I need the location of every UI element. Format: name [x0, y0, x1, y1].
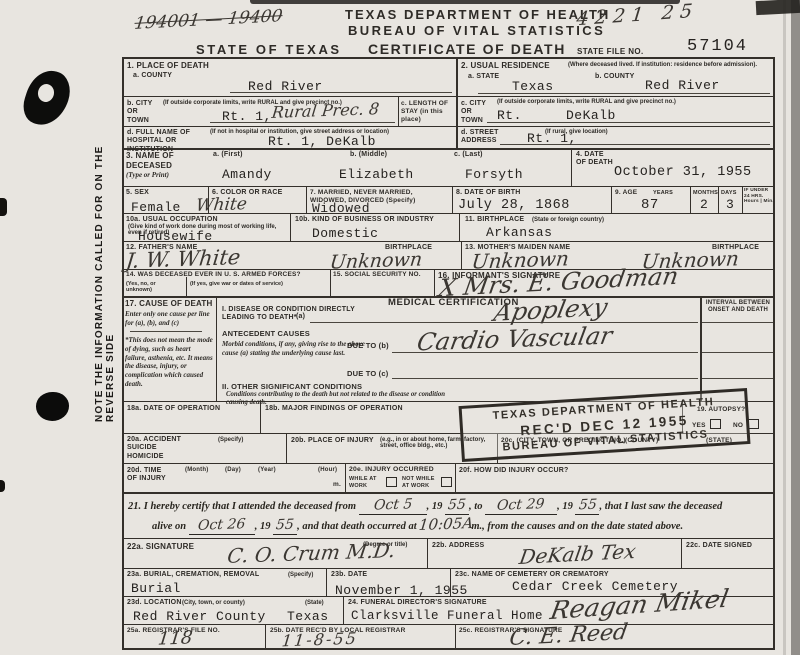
bureau-title: BUREAU OF VITAL STATISTICS [348, 23, 605, 39]
disease-condition-label: I. DISEASE OR CONDITION DIRECTLY LEADING… [222, 306, 362, 323]
grid-line [434, 269, 435, 296]
location-label: 23d. LOCATION [127, 599, 182, 607]
birthplace-note: (State or foreign country) [532, 217, 604, 223]
age-years-label: YEARS [653, 190, 673, 197]
age-days-label: DAYS [721, 190, 737, 197]
grid-line [700, 296, 702, 401]
usual-residence-note: (Where deceased lived. If institution: r… [568, 62, 768, 68]
armed-forces-label: 14. WAS DECEASED EVER IN U. S. ARMED FOR… [126, 271, 326, 279]
age-label: 9. AGE [615, 189, 637, 197]
industry-label: 10b. KIND OF BUSINESS OR INDUSTRY [295, 216, 434, 224]
alive-year-value: 55 [275, 518, 294, 533]
grid-line [122, 57, 775, 59]
burial-label: 23a. BURIAL, CREMATION, REMOVAL [127, 571, 259, 579]
state-file-no-value: 57104 [687, 38, 748, 55]
grid-line [122, 96, 775, 97]
grid-line [461, 241, 462, 269]
attended-from-value: Oct 5 [373, 497, 413, 512]
place-of-injury-note: (e.g., in or about home, farm, factory, … [380, 437, 490, 449]
how-did-injury-occur-label: 20f. HOW DID INJURY OCCUR? [459, 467, 568, 475]
age-months-value: 2 [700, 198, 708, 211]
race-value: White [195, 196, 248, 215]
paper-edge-shadow [783, 0, 786, 655]
year-note: (Year) [258, 467, 276, 474]
middle-name-label: b. (Middle) [350, 151, 387, 159]
location-city-value: Red River County [133, 610, 266, 623]
due-to-b-label: DUE TO (b) [347, 341, 389, 350]
injury-occurred-label: 20e. INJURY OCCURRED [349, 466, 434, 474]
grid-line [216, 296, 217, 401]
name-of-deceased-label: 3. NAME OF DECEASED [126, 151, 196, 170]
armed-forces-note-1: (Yes, no, or unknown) [126, 281, 182, 293]
birthplace-label: 11. BIRTHPLACE [465, 216, 524, 224]
while-at-work-label: WHILE AT WORK [349, 476, 383, 489]
age-years-value: 87 [641, 198, 659, 212]
city-value-script: Rural Prec. 8 [271, 101, 380, 121]
under-24hrs-label: IF UNDER 24 HRS. [744, 188, 774, 200]
grid-line [122, 492, 775, 494]
corner-smudge [756, 0, 800, 15]
last-name-label: c. (Last) [454, 151, 483, 159]
grid-line [122, 538, 775, 539]
ledger-handwriting: 194001 — 19400 [133, 8, 283, 33]
hours-min-label: Hours | Min. [744, 199, 774, 205]
alive-on-value: Oct 26 [197, 517, 246, 533]
certify-line-2: alive on Oct 26, 19 55, and that death o… [152, 517, 683, 535]
last-name-value: Forsyth [465, 168, 523, 181]
grid-line [345, 463, 346, 492]
grid-line [122, 463, 775, 464]
from-year-blank: 55 [445, 498, 469, 515]
interval-label: INTERVAL BETWEEN ONSET AND DEATH [705, 300, 771, 314]
cause-a-value: Apoplexy [492, 295, 610, 325]
alive-on-blank: Oct 26 [189, 518, 255, 535]
divider [130, 331, 202, 332]
cause-a-tag: (a) [296, 313, 305, 321]
certify-text: alive on [152, 521, 186, 532]
residence-county-label: b. COUNTY [595, 73, 635, 81]
grid-line [427, 538, 428, 568]
grid-line [122, 148, 775, 150]
armed-forces-note-2: (If yes, give war or dates of service) [190, 281, 325, 287]
grid-line [398, 96, 399, 126]
first-name-value: Amandy [222, 168, 272, 181]
certify-text: m., from the causes and on the date stat… [471, 521, 683, 532]
operation-date-label: 18a. DATE OF OPERATION [127, 405, 220, 413]
residence-city-note: (If outside corporate limits, write RURA… [497, 99, 747, 105]
funeral-home-typed: Clarksville Funeral Home [351, 610, 543, 623]
grid-line [290, 213, 291, 241]
time-of-injury-label: 20d. TIME OF INJURY [127, 467, 167, 484]
dob-value: July 28, 1868 [458, 199, 570, 213]
father-birthplace-value: Unknown [329, 250, 423, 272]
certify-text: , and that death occurred at [297, 521, 417, 532]
interval-line [702, 322, 773, 323]
grid-line [265, 624, 266, 650]
edge-tick-top [0, 198, 7, 216]
operation-findings-label: 18b. MAJOR FINDINGS OF OPERATION [265, 405, 403, 413]
usual-residence-label: 2. USUAL RESIDENCE [461, 61, 550, 71]
grid-line [306, 186, 307, 213]
certify-text: , 19 [557, 501, 573, 512]
cause-note-2: *This does not mean the mode of dying, s… [125, 336, 213, 389]
age-months-label: MONTHS [693, 190, 718, 197]
accident-specify-note: (Specify) [218, 437, 243, 443]
city-precinct-label: 20c. (CITY, TOWN, OR PRECINCT NO.) [501, 437, 626, 445]
hour-note: (Hour) [318, 467, 337, 474]
place-of-death-label: 1. PLACE OF DEATH [127, 61, 209, 71]
county-paren-label: (COUNTY) [625, 437, 658, 445]
due-to-c-label: DUE TO (c) [347, 369, 388, 378]
location-state-value: Texas [287, 610, 329, 623]
grid-line [742, 186, 743, 213]
autopsy-yes-label: YES [692, 422, 706, 430]
certify-text: , 19 [427, 501, 443, 512]
from-year-value: 55 [447, 498, 466, 513]
grid-line [122, 241, 775, 242]
dept-title: TEXAS DEPARTMENT OF HEALTH [345, 7, 610, 23]
top-smudge [250, 0, 680, 4]
grid-line [455, 624, 456, 650]
residence-city-value-1: Rt. [497, 109, 522, 122]
date-received-value: 11-8-55 [281, 631, 359, 650]
attended-to-value: Oct 29 [497, 497, 546, 513]
grid-line [773, 57, 775, 650]
cause-c-line [392, 378, 698, 379]
street-address-value: Rt. 1, [527, 132, 577, 145]
underline [487, 122, 770, 123]
grid-line [122, 126, 775, 127]
attended-to-blank: Oct 29 [485, 498, 557, 515]
grid-line [122, 648, 775, 650]
death-time-blank: 10:05A [419, 517, 471, 534]
address-label: 22b. ADDRESS [432, 542, 484, 550]
certificate-title: CERTIFICATE OF DEATH [368, 41, 566, 58]
grid-line [452, 186, 453, 213]
burial-date-value: November 1, 1955 [335, 584, 468, 597]
burial-value: Burial [131, 582, 181, 595]
accident-suicide-label: 20a. ACCIDENT SUICIDE HOMICIDE [127, 436, 187, 461]
other-conditions-label: II. OTHER SIGNIFICANT CONDITIONS [222, 382, 362, 391]
not-while-at-work-label: NOT WHILE AT WORK [402, 476, 440, 489]
to-year-blank: 55 [575, 498, 599, 515]
grid-line [459, 213, 460, 241]
middle-name-value: Elizabeth [339, 168, 414, 181]
hole-punch-blob [36, 392, 69, 421]
marital-value: Widowed [312, 202, 370, 215]
interval-line [702, 352, 773, 353]
city-label: b. CITY OR TOWN [127, 100, 161, 125]
residence-city-label: c. CITY OR TOWN [461, 100, 495, 125]
certify-text: , to [469, 501, 482, 512]
grid-line [611, 186, 612, 213]
grid-line [690, 186, 691, 213]
physician-signature: C. O. Crum M.D. [226, 540, 397, 566]
autopsy-yes-checkbox [710, 419, 721, 429]
city-value-typed: Rt. 1, [222, 110, 272, 123]
cause-of-death-label: 17. CAUSE OF DEATH [125, 299, 212, 309]
length-of-stay-label: c. LENGTH OF STAY (in this place) [401, 100, 454, 123]
grid-line [122, 624, 775, 625]
certify-text: 21. I hereby certify that I attended the… [128, 501, 356, 512]
while-at-work-checkbox [386, 477, 397, 487]
grid-line [326, 568, 327, 596]
location-state-note: (State) [305, 600, 324, 606]
grid-line [343, 596, 344, 624]
autopsy-no-checkbox [748, 419, 759, 429]
certify-text: , 19 [255, 521, 271, 532]
type-or-print-note: (Type or Print) [126, 171, 169, 180]
county-label: a. COUNTY [133, 72, 172, 80]
funeral-director-label: 24. FUNERAL DIRECTOR'S SIGNATURE [348, 599, 487, 607]
registrar-signature: C. E. Reed [508, 622, 629, 650]
day-note: (Day) [225, 467, 241, 474]
first-name-label: a. (First) [213, 151, 243, 159]
residence-city-value-2: DeKalb [566, 109, 616, 122]
grid-line [286, 433, 287, 463]
grid-line [122, 57, 124, 650]
registrar-file-value: 118 [157, 629, 193, 648]
cause-b-value: Cardio Vascular [415, 324, 614, 355]
reverse-side-note: NOTE THE INFORMATION CALLED FOR ON THE R… [94, 126, 116, 422]
burial-date-label: 23b. DATE [331, 571, 367, 579]
grid-line [571, 148, 572, 186]
state-of-texas: STATE OF TEXAS [196, 42, 342, 58]
residence-county-value: Red River [645, 79, 720, 92]
date-of-death-label: 4. DATE OF DEATH [576, 151, 614, 168]
cause-note-1: Enter only one cause per line for (a), (… [125, 310, 211, 328]
certify-text: , that I last saw the deceased [599, 501, 722, 512]
dob-label: 8. DATE OF BIRTH [456, 189, 521, 197]
attended-from-blank: Oct 5 [359, 498, 427, 515]
meridiem-note: m. [333, 481, 341, 489]
ssn-label: 15. SOCIAL SECURITY NO. [333, 271, 428, 279]
sex-value: Female [131, 201, 181, 214]
state-file-no-label: STATE FILE NO. [577, 47, 644, 57]
to-year-value: 55 [578, 498, 597, 513]
grid-line [455, 463, 456, 492]
edge-tick-bottom [0, 480, 5, 492]
death-certificate-scan: NOTE THE INFORMATION CALLED FOR ON THE R… [0, 0, 800, 655]
grid-line [681, 538, 682, 568]
grid-line [186, 277, 187, 296]
address-value: DeKalb Tex [518, 541, 638, 567]
age-days-value: 3 [726, 198, 734, 211]
residence-state-value: Texas [512, 80, 554, 93]
county-value: Red River [248, 80, 323, 93]
signature-label: 22a. SIGNATURE [127, 542, 194, 552]
state-paren-label: (STATE) [706, 437, 732, 445]
antecedent-label: ANTECEDENT CAUSES [222, 329, 310, 338]
hospital-value: Rt. 1, DeKalb [268, 135, 376, 148]
autopsy-no-label: NO [733, 422, 743, 430]
alive-year-blank: 55 [273, 518, 297, 535]
residence-state-label: a. STATE [468, 73, 499, 81]
location-note: (City, town, or county) [182, 600, 245, 606]
burial-specify-note: (Specify) [288, 572, 313, 578]
place-of-injury-label: 20b. PLACE OF INJURY [291, 437, 374, 445]
industry-value: Domestic [312, 227, 378, 240]
sex-label: 5. SEX [126, 189, 149, 197]
date-signed-label: 22c. DATE SIGNED [686, 542, 752, 550]
autopsy-label: 19. AUTOPSY? [697, 406, 745, 414]
grid-line [718, 186, 719, 213]
month-note: (Month) [185, 467, 208, 474]
death-time-value: 10:05A [418, 516, 474, 533]
street-address-label: d. STREET ADDRESS [461, 129, 511, 146]
father-name-value: J. W. White [125, 247, 242, 272]
grid-line [122, 568, 775, 569]
interval-line [702, 378, 773, 379]
received-stamp: TEXAS DEPARTMENT OF HEALTH REC'D DEC 12 … [459, 388, 751, 462]
grid-line [456, 57, 458, 148]
date-of-death-value: October 31, 1955 [614, 166, 752, 180]
grid-line [122, 186, 775, 187]
occupation-value: Housewife [138, 230, 213, 243]
certify-line-1: 21. I hereby certify that I attended the… [128, 498, 722, 515]
birthplace-value: Arkansas [486, 226, 552, 239]
batch-handwriting: 4221 25 [575, 2, 699, 29]
right-edge-band [791, 0, 800, 655]
not-while-at-work-checkbox [441, 477, 452, 487]
